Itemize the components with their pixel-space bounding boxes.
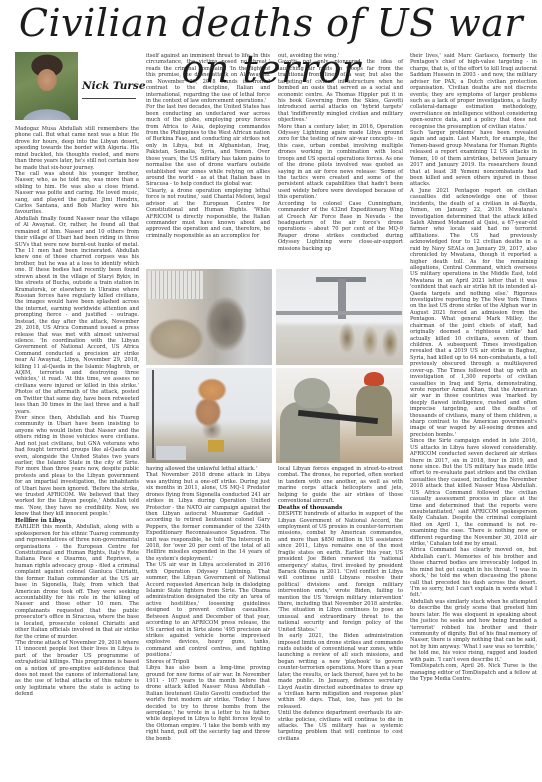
paragraph: Ever since then, Abdullah and his Tuareg… xyxy=(15,415,139,518)
article-column-2-bottom: having allowed the unlawful lethal attac… xyxy=(146,466,270,780)
paragraph: local Libyan forces engaged in street-to… xyxy=(278,466,403,505)
paragraph: DESPITE hundreds of attacks in support o… xyxy=(278,511,403,633)
subheading-deaths-of-thousands: Deaths of thousands xyxy=(278,505,403,512)
article-column-3-bottom: local Libyan forces engaged in street-to… xyxy=(278,466,403,780)
author-photo xyxy=(15,52,78,120)
car-shape xyxy=(156,446,186,460)
article-column-1: Madogaz Musa Abdullah still remembers th… xyxy=(15,126,139,778)
article-column-4: their lives,' said Marc Garlasco, former… xyxy=(410,53,537,778)
paragraph: For the last two decades, the United Sta… xyxy=(146,104,270,187)
paragraph: itself against an imminent threat to lif… xyxy=(146,53,270,104)
vehicle-shape xyxy=(208,440,224,452)
paragraph: That November 2018 drone attack in Libya… xyxy=(146,472,270,562)
helmet-shape xyxy=(294,378,330,408)
explosion-photo xyxy=(146,368,272,463)
paragraph: Abdullah finally found Nasser near the v… xyxy=(15,216,139,415)
paragraph: 'The drone attack of November 29, 2018 w… xyxy=(15,640,139,698)
paragraph: their lives,' said Marc Garlasco, former… xyxy=(410,53,537,130)
paragraph: A June 2021 Pentagon report on civilian … xyxy=(410,188,537,438)
photo-collage xyxy=(146,269,403,463)
paragraph: Since the Sirte campaign ended in late 2… xyxy=(410,438,537,547)
article-column-2-top: itself against an imminent threat to lif… xyxy=(146,53,270,267)
red-helmet-shape xyxy=(364,372,384,386)
paragraph: The call was about his younger brother, … xyxy=(15,171,139,216)
headline: Civilian deaths of US war on terror xyxy=(0,0,542,50)
paragraph: In early 2021, the Biden administration … xyxy=(278,633,403,710)
paragraph: 'Clearly, a drone operation employing le… xyxy=(146,188,270,239)
paragraph: Gavotti not only pioneered the idea of l… xyxy=(278,59,403,123)
author-bio: TomDispatch.com, April 26. Nick Turse is… xyxy=(410,663,537,682)
pole-shape xyxy=(152,370,154,458)
byline-divider xyxy=(82,98,136,99)
paragraph: Until the defence department overhauls i… xyxy=(278,710,403,742)
article-column-3-top: out, avoiding the wing.' Gavotti not onl… xyxy=(278,53,403,267)
paragraph: According to colonel Case Cunningham, co… xyxy=(278,201,403,252)
author-byline: Nick Turse xyxy=(82,80,136,92)
paragraph: Such 'larger problems' have been reveale… xyxy=(410,130,537,188)
rubble-photo xyxy=(146,269,272,365)
paragraph: Libya has also been a long-time proving … xyxy=(146,665,270,742)
explosion-cloud-shape xyxy=(188,376,232,438)
paragraph: Abdullah was similarly stuck when he att… xyxy=(410,599,537,663)
soldiers-photo xyxy=(276,368,403,463)
soldier-shape xyxy=(356,386,392,436)
paragraph: EARLIER this month, Abdullah, along with… xyxy=(15,524,139,640)
paragraph: Africa Command has clearly moved on, but… xyxy=(410,547,537,598)
paragraph: Madogaz Musa Abdullah still remembers th… xyxy=(15,126,139,171)
troops-shape xyxy=(332,313,402,363)
building-shape xyxy=(148,271,204,299)
paragraph: More than a century later, in 2016, Oper… xyxy=(278,124,403,201)
subheading-hellfire: Hellfire in Libya xyxy=(15,518,139,525)
aircraft-troops-photo xyxy=(276,269,403,365)
paragraph: The US air war in Libya accelerated in 2… xyxy=(146,562,270,658)
